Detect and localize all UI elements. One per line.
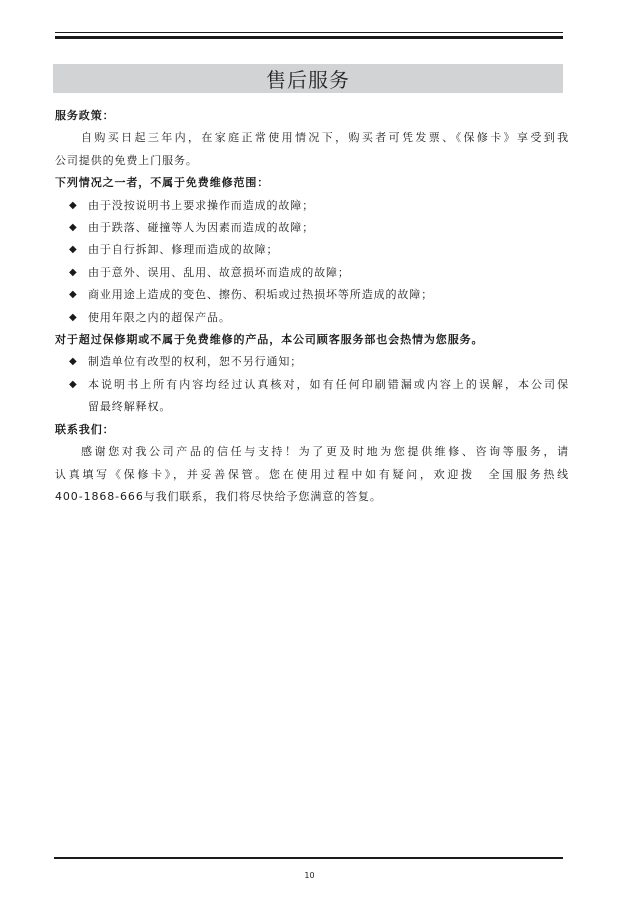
exclusion-text: 由于意外、误用、乱用、故意损坏而造成的故障； (88, 266, 350, 279)
note-item: ◆ 制造单位有改型的权利，恕不另行通知； (55, 351, 569, 373)
header-rule-thin (55, 32, 563, 33)
exclusion-text: 使用年限之内的超保产品。 (88, 311, 231, 324)
exclusion-item: ◆ 由于意外、误用、乱用、故意损坏而造成的故障； (55, 262, 569, 284)
exclusion-text: 由于没按说明书上要求操作而造成的故障； (88, 199, 314, 212)
exclusion-text: 商业用途上造成的变色、擦伤、积垢或过热损坏等所造成的故障； (88, 288, 433, 301)
exclusion-text: 由于跌落、碰撞等人为因素而造成的故障； (88, 221, 314, 234)
section-heading-contact: 联系我们： (55, 419, 569, 441)
note-item: ◆ 本说明书上所有内容均经过认真核对，如有任何印刷错漏或内容上的误解，本公司保 (55, 374, 569, 396)
contact-paragraph-line2: 认真填写《保修卡》，并妥善保管。您在使用过程中如有疑问，欢迎拨 全国服务热线 (55, 464, 569, 486)
exclusion-item: ◆ 由于没按说明书上要求操作而造成的故障； (55, 195, 569, 217)
out-of-warranty-statement: 对于超过保修期或不属于免费维修的产品，本公司顾客服务部也会热情为您服务。 (55, 329, 569, 351)
note-text: 制造单位有改型的权利，恕不另行通知； (88, 355, 302, 368)
contact-paragraph-line3: 400-1868-666与我们联系，我们将尽快给予您满意的答复。 (55, 486, 569, 508)
document-body: 服务政策： 自购买日起三年内，在家庭正常使用情况下，购买者可凭发票、《保修卡》享… (55, 105, 569, 508)
exclusion-item: ◆ 由于自行拆卸、修理而造成的故障； (55, 239, 569, 261)
policy-paragraph-line1: 自购买日起三年内，在家庭正常使用情况下，购买者可凭发票、《保修卡》享受到我 (55, 127, 569, 149)
contact-paragraph-line1: 感谢您对我公司产品的信任与支持！为了更及时地为您提供维修、咨询等服务，请 (55, 441, 569, 463)
header-rule-thick (55, 36, 563, 39)
exclusion-item: ◆ 使用年限之内的超保产品。 (55, 307, 569, 329)
note-text: 本说明书上所有内容均经过认真核对，如有任何印刷错漏或内容上的误解，本公司保 (88, 378, 569, 391)
diamond-bullet-icon: ◆ (69, 262, 78, 284)
page-title: 售后服务 (266, 64, 350, 93)
section-heading-policy: 服务政策： (55, 105, 569, 127)
diamond-bullet-icon: ◆ (69, 239, 78, 261)
diamond-bullet-icon: ◆ (69, 284, 78, 306)
page-number: 10 (0, 871, 619, 880)
diamond-bullet-icon: ◆ (69, 351, 78, 373)
note-text-continuation: 留最终解释权。 (55, 396, 569, 418)
exclusion-item: ◆ 商业用途上造成的变色、擦伤、积垢或过热损坏等所造成的故障； (55, 284, 569, 306)
diamond-bullet-icon: ◆ (69, 374, 78, 396)
exclusion-text: 由于自行拆卸、修理而造成的故障； (88, 243, 278, 256)
title-bar: 售后服务 (53, 64, 563, 93)
policy-paragraph-line2: 公司提供的免费上门服务。 (55, 150, 569, 172)
diamond-bullet-icon: ◆ (69, 195, 78, 217)
diamond-bullet-icon: ◆ (69, 307, 78, 329)
footer-rule (54, 857, 563, 859)
exclusion-item: ◆ 由于跌落、碰撞等人为因素而造成的故障； (55, 217, 569, 239)
exclusions-heading: 下列情况之一者，不属于免费维修范围： (55, 172, 569, 194)
diamond-bullet-icon: ◆ (69, 217, 78, 239)
